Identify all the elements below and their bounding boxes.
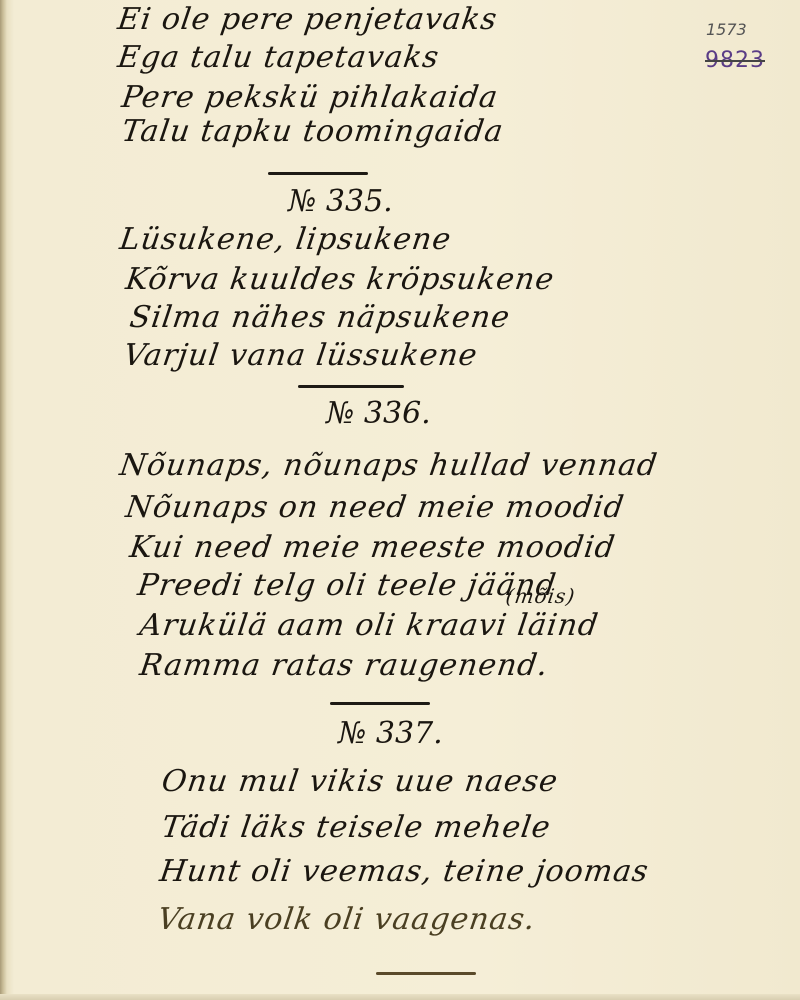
verse-line: Nõunaps on need meie moodid [124, 490, 627, 525]
verse-line: Onu mul vikis uue naese [160, 764, 561, 799]
verse-line: Pere pekskü pihlakaida [120, 80, 501, 115]
song-number: № 335. [288, 184, 393, 219]
section-divider [376, 972, 476, 975]
verse-line: Tädi läks teisele mehele [160, 810, 553, 845]
verse-line: Preedi telg oli teele jäänd [136, 568, 559, 603]
verse-line: Hunt oli veemas, teine joomas [158, 854, 652, 889]
verse-line: Kõrva kuuldes kröpsukene [124, 262, 557, 297]
stamped-archive-number: 9823 [705, 48, 765, 73]
pencil-archive-number: 1573 [706, 20, 747, 39]
song-number: № 336. [326, 396, 431, 431]
song-number: № 337. [338, 716, 443, 751]
verse-line: Silma nähes näpsukene [128, 300, 513, 335]
section-divider [268, 172, 368, 175]
verse-line: Lüsukene, lipsukene [118, 222, 454, 257]
verse-line: Ei ole pere penjetavaks [116, 2, 500, 37]
verse-line: Nõunaps, nõunaps hullad vennad [118, 448, 660, 483]
verse-line: Varjul vana lüssukene [122, 338, 480, 373]
section-divider [330, 702, 430, 705]
verse-line: Ramma ratas raugenend. [138, 648, 551, 683]
section-divider [298, 385, 404, 388]
margin-note: (mõis) [504, 584, 577, 608]
verse-line: Vana volk oli vaagenas. [156, 902, 538, 937]
verse-line: Ega talu tapetavaks [116, 40, 442, 75]
verse-line: Arukülä aam oli kraavi läind [138, 608, 601, 643]
manuscript-page: 1573 9823 Ei ole pere penjetavaks Ega ta… [0, 0, 800, 1000]
verse-line: Kui need meie meeste moodid [128, 530, 618, 565]
verse-line: Talu tapku toomingaida [120, 114, 506, 149]
